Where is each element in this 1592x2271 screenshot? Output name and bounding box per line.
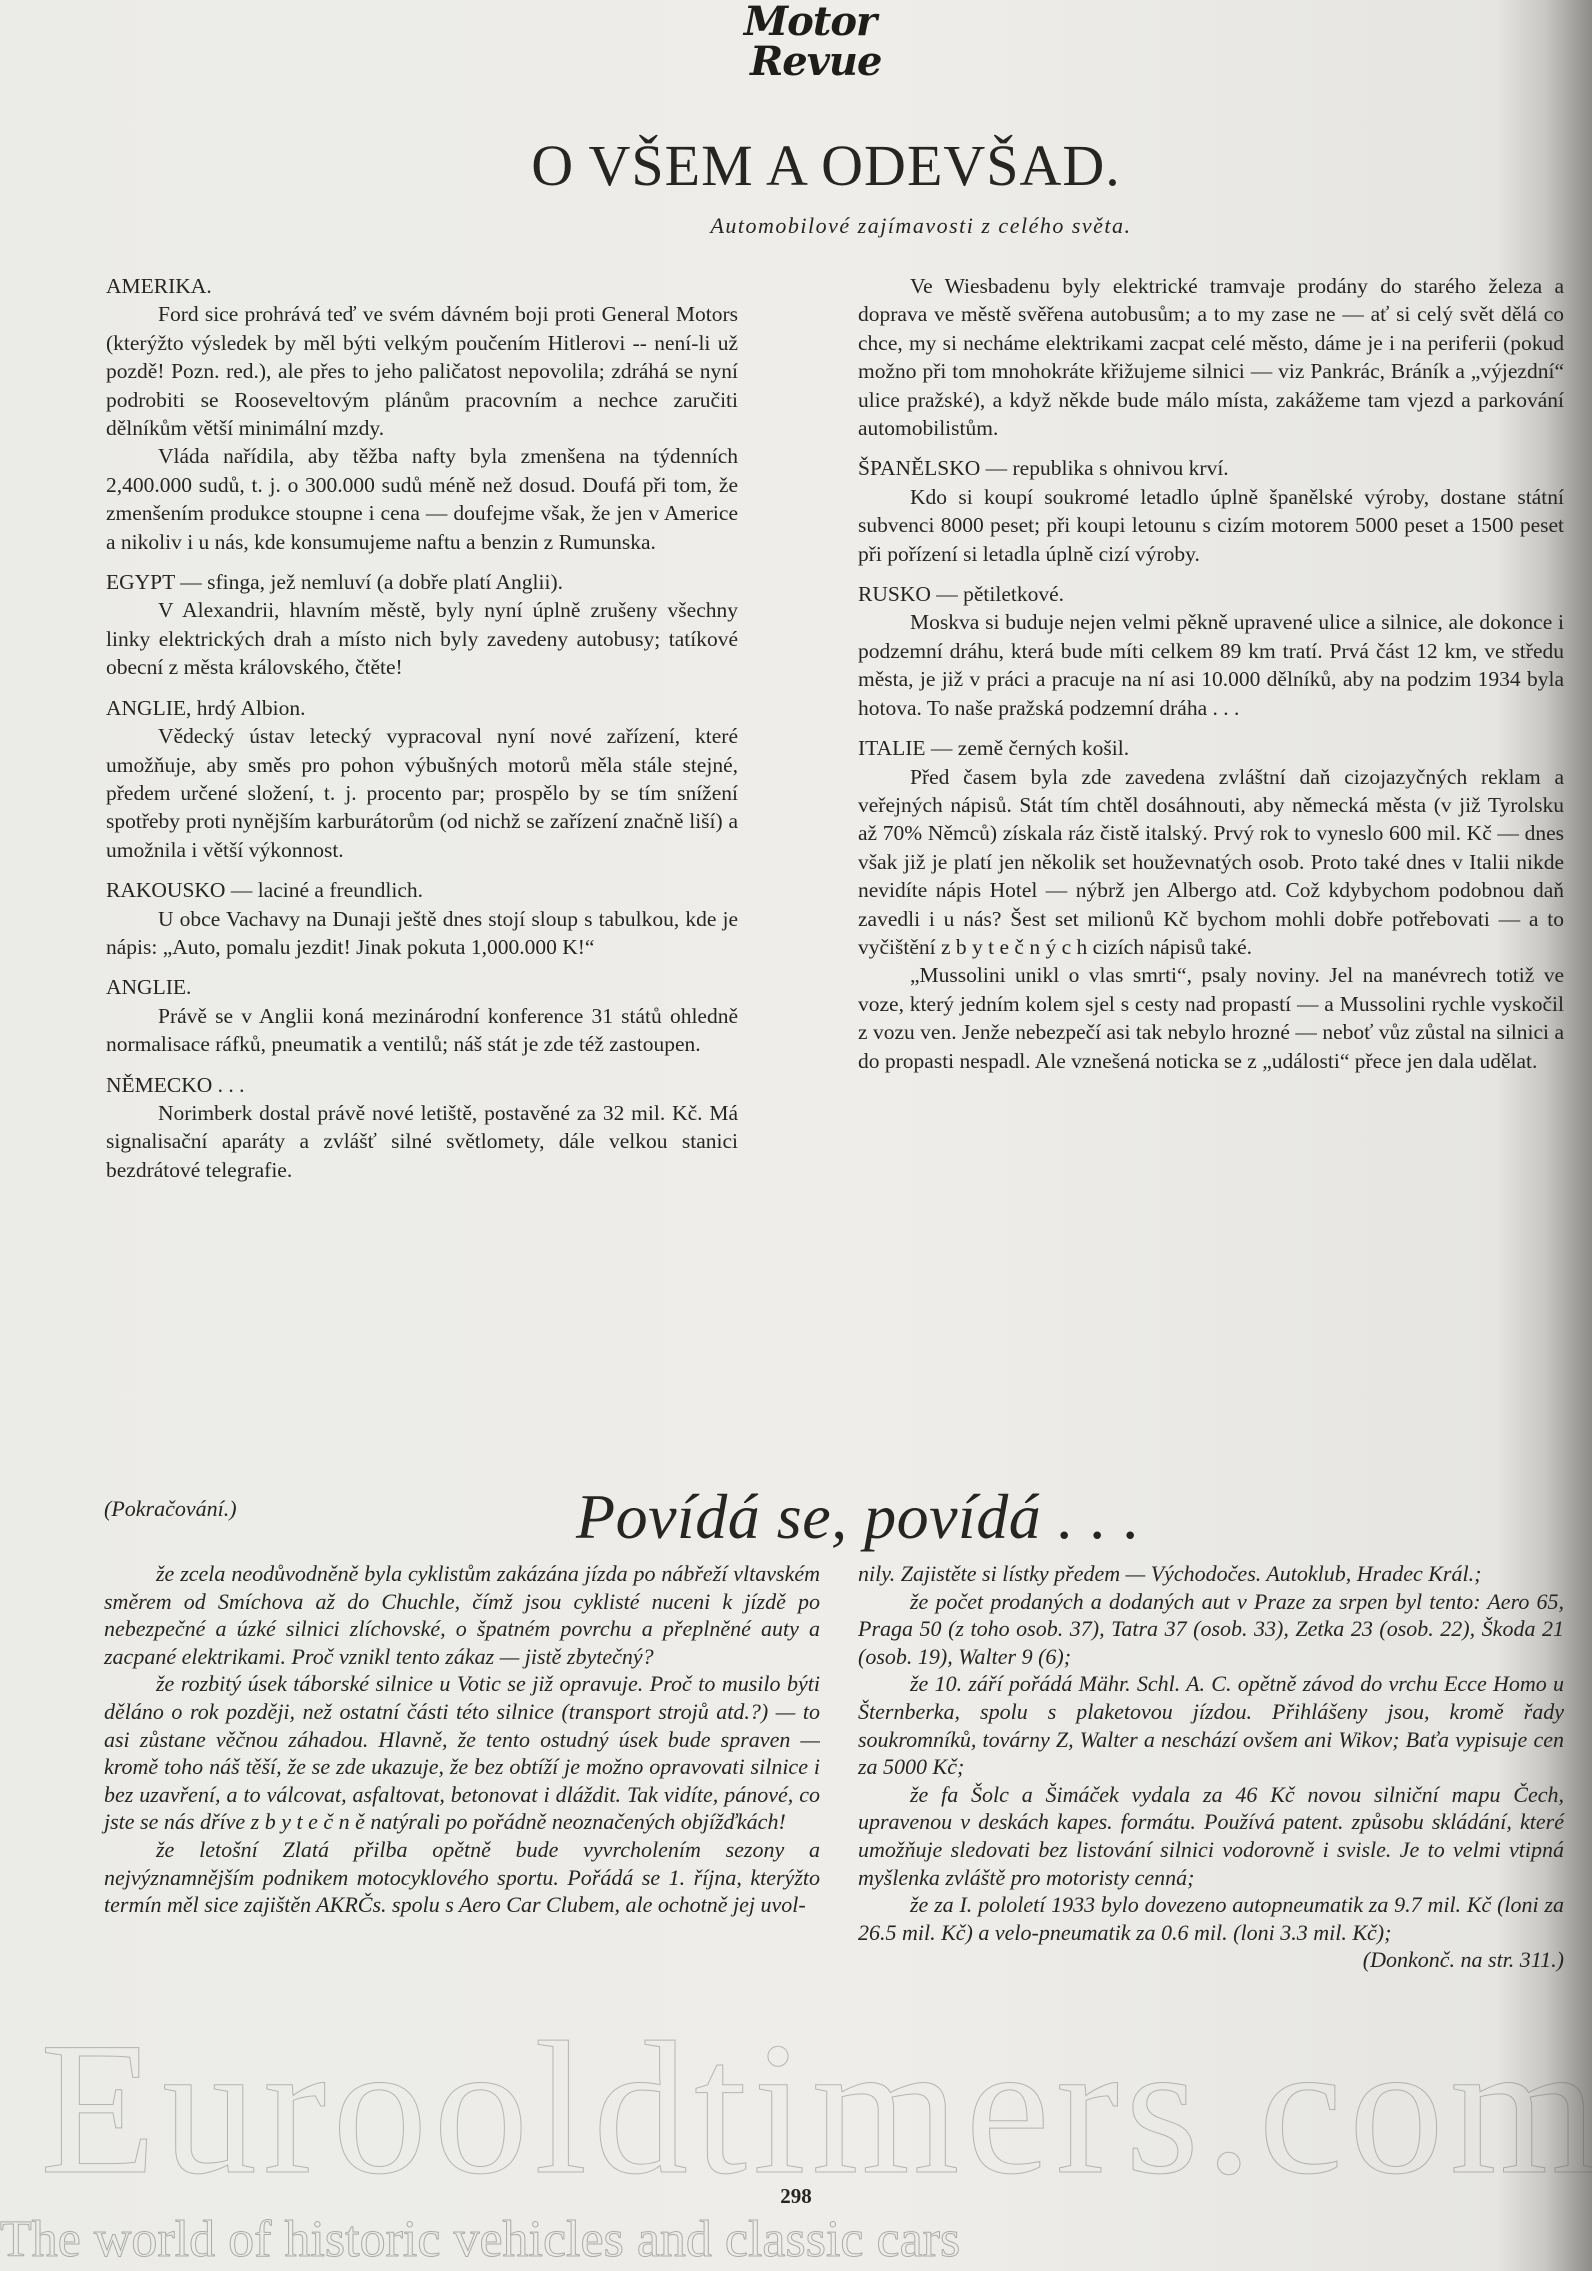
news-section: ANGLIE.Právě se v Anglii koná mezinárodn… bbox=[106, 973, 738, 1058]
article2-right-column: nily. Zajistěte si lístky předem — Výcho… bbox=[858, 1560, 1564, 1974]
section-heading: RUSKO — pětiletkové. bbox=[858, 580, 1564, 608]
news-section: RAKOUSKO — laciné a freundlich.U obce Va… bbox=[106, 876, 738, 961]
paragraph: Právě se v Anglii koná mezinárodní konfe… bbox=[106, 1002, 738, 1059]
section-title-povida-se: Povídá se, povídá . . . bbox=[576, 1480, 1140, 1554]
rumor-item: že zcela neodůvodněně byla cyklistům zak… bbox=[104, 1560, 820, 1670]
section-heading: NĚMECKO . . . bbox=[106, 1071, 738, 1099]
news-section: ITALIE — země černých košil.Před časem b… bbox=[858, 734, 1564, 1075]
paragraph: Norimberk dostal právě nové letiště, pos… bbox=[106, 1099, 738, 1184]
rumor-item: že počet prodaných a dodaných aut v Praz… bbox=[858, 1588, 1564, 1671]
paragraph: U obce Vachavy na Dunaji ještě dnes stoj… bbox=[106, 905, 738, 962]
paragraph: Kdo si koupí soukromé letadlo úplně špan… bbox=[858, 483, 1564, 568]
news-section: Ve Wiesbadenu byly elektrické tramvaje p… bbox=[858, 272, 1564, 442]
paragraph: Ve Wiesbadenu byly elektrické tramvaje p… bbox=[858, 272, 1564, 442]
news-section: RUSKO — pětiletkové.Moskva si buduje nej… bbox=[858, 580, 1564, 722]
continued-on-note: (Donkonč. na str. 311.) bbox=[1363, 1946, 1564, 1974]
news-section: AMERIKA.Ford sice prohrává teď ve svém d… bbox=[106, 272, 738, 556]
logo-line-1: Motor bbox=[740, 2, 880, 42]
rumor-item: že 10. září pořádá Mähr. Schl. A. C. opě… bbox=[858, 1670, 1564, 1780]
article2-left-column: že zcela neodůvodněně byla cyklistům zak… bbox=[104, 1560, 820, 1919]
section-heading: EGYPT — sfinga, jež nemluví (a dobře pla… bbox=[106, 568, 738, 596]
paragraph: Před časem byla zde zavedena zvláštní da… bbox=[858, 763, 1564, 962]
rumor-item: že fa Šolc a Šimáček vydala za 46 Kč nov… bbox=[858, 1781, 1564, 1891]
article-subtitle: Automobilové zajímavosti z celého světa. bbox=[0, 213, 1592, 239]
section-heading: ŠPANĚLSKO — republika s ohnivou krví. bbox=[858, 454, 1564, 482]
paragraph: „Mussolini unikl o vlas smrti“, psaly no… bbox=[858, 961, 1564, 1075]
rumor-item: že rozbitý úsek táborské silnice u Votic… bbox=[104, 1670, 820, 1836]
watermark-tagline: The world of historic vehicles and class… bbox=[0, 2210, 960, 2269]
magazine-logo: Motor Revue bbox=[740, 2, 880, 82]
article1-left-column: AMERIKA.Ford sice prohrává teď ve svém d… bbox=[106, 272, 738, 1196]
continued-label: (Pokračování.) bbox=[104, 1496, 237, 1522]
news-section: ANGLIE, hrdý Albion.Vědecký ústav leteck… bbox=[106, 694, 738, 864]
section-heading: ANGLIE. bbox=[106, 973, 738, 1001]
section-heading: AMERIKA. bbox=[106, 272, 738, 300]
section-heading: ANGLIE, hrdý Albion. bbox=[106, 694, 738, 722]
section-heading: RAKOUSKO — laciné a freundlich. bbox=[106, 876, 738, 904]
paragraph: Vědecký ústav letecký vypracoval nyní no… bbox=[106, 722, 738, 864]
paragraph: V Alexandrii, hlavním městě, byly nyní ú… bbox=[106, 596, 738, 681]
paragraph-continuation: nily. Zajistěte si lístky předem — Výcho… bbox=[858, 1560, 1564, 1588]
paragraph: Vláda nařídila, aby těžba nafty byla zme… bbox=[106, 442, 738, 556]
paragraph: Ford sice prohrává teď ve svém dávném bo… bbox=[106, 300, 738, 442]
rumor-item: že za I. pololetí 1933 bylo dovezeno aut… bbox=[858, 1891, 1564, 1946]
paragraph: Moskva si buduje nejen velmi pěkně uprav… bbox=[858, 608, 1564, 722]
rumor-item: že letošní Zlatá přilba opětně bude vyvr… bbox=[104, 1836, 820, 1919]
article1-right-column: Ve Wiesbadenu byly elektrické tramvaje p… bbox=[858, 272, 1564, 1087]
logo-line-2: Revue bbox=[750, 42, 880, 82]
article-title: O VŠEM A ODEVŠAD. bbox=[0, 132, 1592, 199]
news-section: EGYPT — sfinga, jež nemluví (a dobře pla… bbox=[106, 568, 738, 682]
page-number: 298 bbox=[0, 2184, 1592, 2209]
section-heading: ITALIE — země černých košil. bbox=[858, 734, 1564, 762]
news-section: NĚMECKO . . .Norimberk dostal právě nové… bbox=[106, 1071, 738, 1185]
news-section: ŠPANĚLSKO — republika s ohnivou krví.Kdo… bbox=[858, 454, 1564, 568]
